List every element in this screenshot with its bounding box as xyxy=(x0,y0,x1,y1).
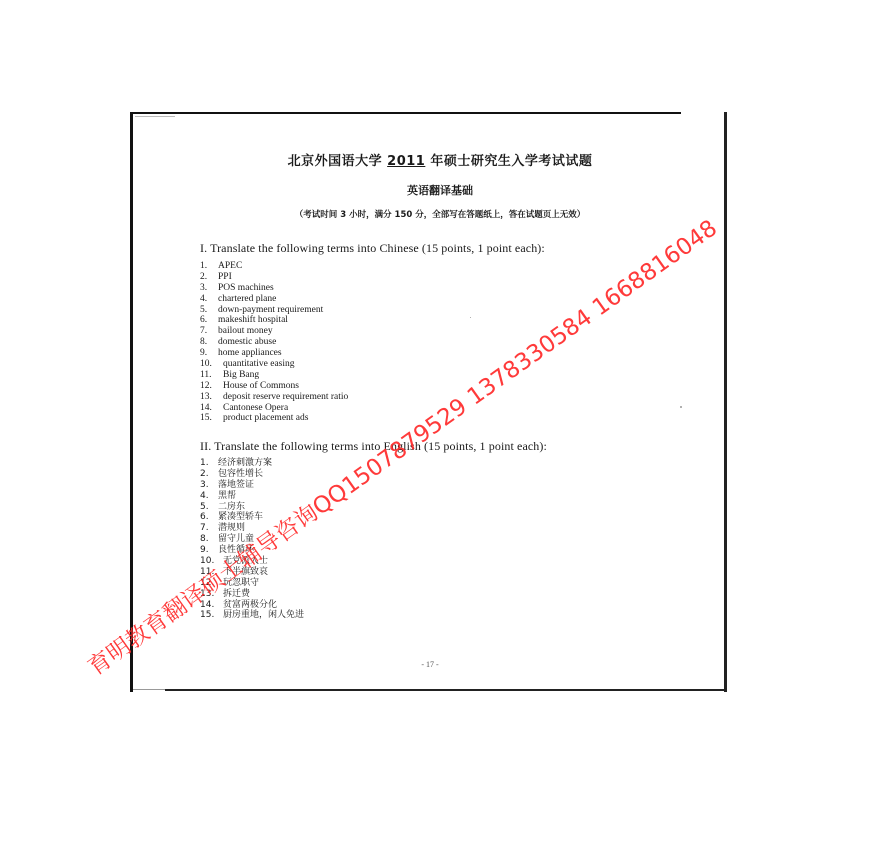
term-number: 8. xyxy=(200,534,218,545)
term-number: 15. xyxy=(200,413,223,424)
exam-subject: 英语翻译基础 xyxy=(200,182,680,198)
term-item: 13.deposit reserve requirement ratio xyxy=(200,392,348,403)
term-item: 12.House of Commons xyxy=(200,381,348,392)
term-item: 10.quantitative easing xyxy=(200,359,348,370)
term-number: 2. xyxy=(200,469,218,480)
term-text: domestic abuse xyxy=(218,337,276,348)
term-text: POS machines xyxy=(218,283,274,294)
term-number: 12. xyxy=(200,381,223,392)
term-item: 11.Big Bang xyxy=(200,370,348,381)
term-item: 3.POS machines xyxy=(200,283,348,294)
page-border-top-faint xyxy=(135,116,175,117)
watermark-text: 育明教育翻译硕士辅导咨询QQ1507879529 1378330584 1668… xyxy=(80,210,723,682)
term-text: House of Commons xyxy=(223,381,299,392)
term-number: 8. xyxy=(200,337,218,348)
term-item: 3.落地签证 xyxy=(200,480,304,491)
term-text: 包容性增长 xyxy=(218,469,263,480)
term-number: 15. xyxy=(200,610,223,621)
term-number: 11. xyxy=(200,370,223,381)
term-text: PPI xyxy=(218,272,232,283)
term-number: 1. xyxy=(200,261,218,272)
term-text: makeshift hospital xyxy=(218,315,288,326)
term-text: 紧凑型轿车 xyxy=(218,512,263,523)
term-text: 经济刺激方案 xyxy=(218,458,272,469)
term-text: quantitative easing xyxy=(223,359,295,370)
term-text: home appliances xyxy=(218,348,282,359)
section-1-term-list: 1.APEC2.PPI3.POS machines4.chartered pla… xyxy=(200,261,348,424)
page-border-bottom xyxy=(165,689,727,691)
term-item: 4.chartered plane xyxy=(200,294,348,305)
title-suffix: 年硕士研究生入学考试试题 xyxy=(425,154,592,169)
term-number: 6. xyxy=(200,315,218,326)
exam-title: 北京外国语大学 2011 年硕士研究生入学考试试题 xyxy=(200,150,680,169)
term-number: 6. xyxy=(200,512,218,523)
scan-speck xyxy=(470,317,471,318)
term-text: deposit reserve requirement ratio xyxy=(223,392,348,403)
term-item: 14.贫富两极分化 xyxy=(200,600,304,611)
term-text: 二房东 xyxy=(218,502,245,513)
term-number: 3. xyxy=(200,480,218,491)
term-item: 14.Cantonese Opera xyxy=(200,403,348,414)
page-border-bottom-faint xyxy=(133,689,165,690)
term-number: 4. xyxy=(200,294,218,305)
term-number: 9. xyxy=(200,348,218,359)
term-item: 4.黑帮 xyxy=(200,491,304,502)
term-number: 7. xyxy=(200,326,218,337)
term-number: 3. xyxy=(200,283,218,294)
term-item: 15.product placement ads xyxy=(200,413,348,424)
term-item: 9.home appliances xyxy=(200,348,348,359)
term-item: 6.makeshift hospital xyxy=(200,315,348,326)
term-item: 8.domestic abuse xyxy=(200,337,348,348)
term-text: 厨房重地，闲人免进 xyxy=(223,610,304,621)
term-text: chartered plane xyxy=(218,294,276,305)
term-number: 9. xyxy=(200,545,218,556)
term-item: 1.APEC xyxy=(200,261,348,272)
term-number: 7. xyxy=(200,523,218,534)
page-number: - 17 - xyxy=(380,660,480,669)
term-number: 10. xyxy=(200,359,223,370)
term-number: 1. xyxy=(200,458,218,469)
term-number: 4. xyxy=(200,491,218,502)
term-item: 15.厨房重地，闲人免进 xyxy=(200,610,304,621)
term-number: 13. xyxy=(200,392,223,403)
scanned-exam-page: 北京外国语大学 2011 年硕士研究生入学考试试题 英语翻译基础 （考试时间 3… xyxy=(0,0,870,842)
page-border-left xyxy=(130,112,133,692)
term-number: 5. xyxy=(200,502,218,513)
term-item: 5.down-payment requirement xyxy=(200,305,348,316)
term-text: Cantonese Opera xyxy=(223,403,288,414)
term-text: product placement ads xyxy=(223,413,308,424)
term-text: 贫富两极分化 xyxy=(223,600,277,611)
term-text: 潜规则 xyxy=(218,523,245,534)
term-number: 14. xyxy=(200,403,223,414)
term-text: APEC xyxy=(218,261,242,272)
term-text: Big Bang xyxy=(223,370,259,381)
term-text: down-payment requirement xyxy=(218,305,323,316)
term-number: 2. xyxy=(200,272,218,283)
page-border-right xyxy=(724,112,727,692)
term-item: 7.bailout money xyxy=(200,326,348,337)
term-text: bailout money xyxy=(218,326,273,337)
title-prefix: 北京外国语大学 xyxy=(288,154,388,169)
scan-speck xyxy=(680,406,682,408)
section-1-heading: I. Translate the following terms into Ch… xyxy=(200,241,545,256)
title-year: 2011 xyxy=(387,154,425,169)
term-item: 2.PPI xyxy=(200,272,348,283)
page-border-top xyxy=(131,112,681,114)
term-item: 2.包容性增长 xyxy=(200,469,304,480)
term-number: 5. xyxy=(200,305,218,316)
term-text: 落地签证 xyxy=(218,480,254,491)
exam-instructions: （考试时间 3 小时，满分 150 分，全部写在答题纸上，答在试题页上无效） xyxy=(200,208,680,220)
term-item: 1.经济刺激方案 xyxy=(200,458,304,469)
term-text: 黑帮 xyxy=(218,491,236,502)
